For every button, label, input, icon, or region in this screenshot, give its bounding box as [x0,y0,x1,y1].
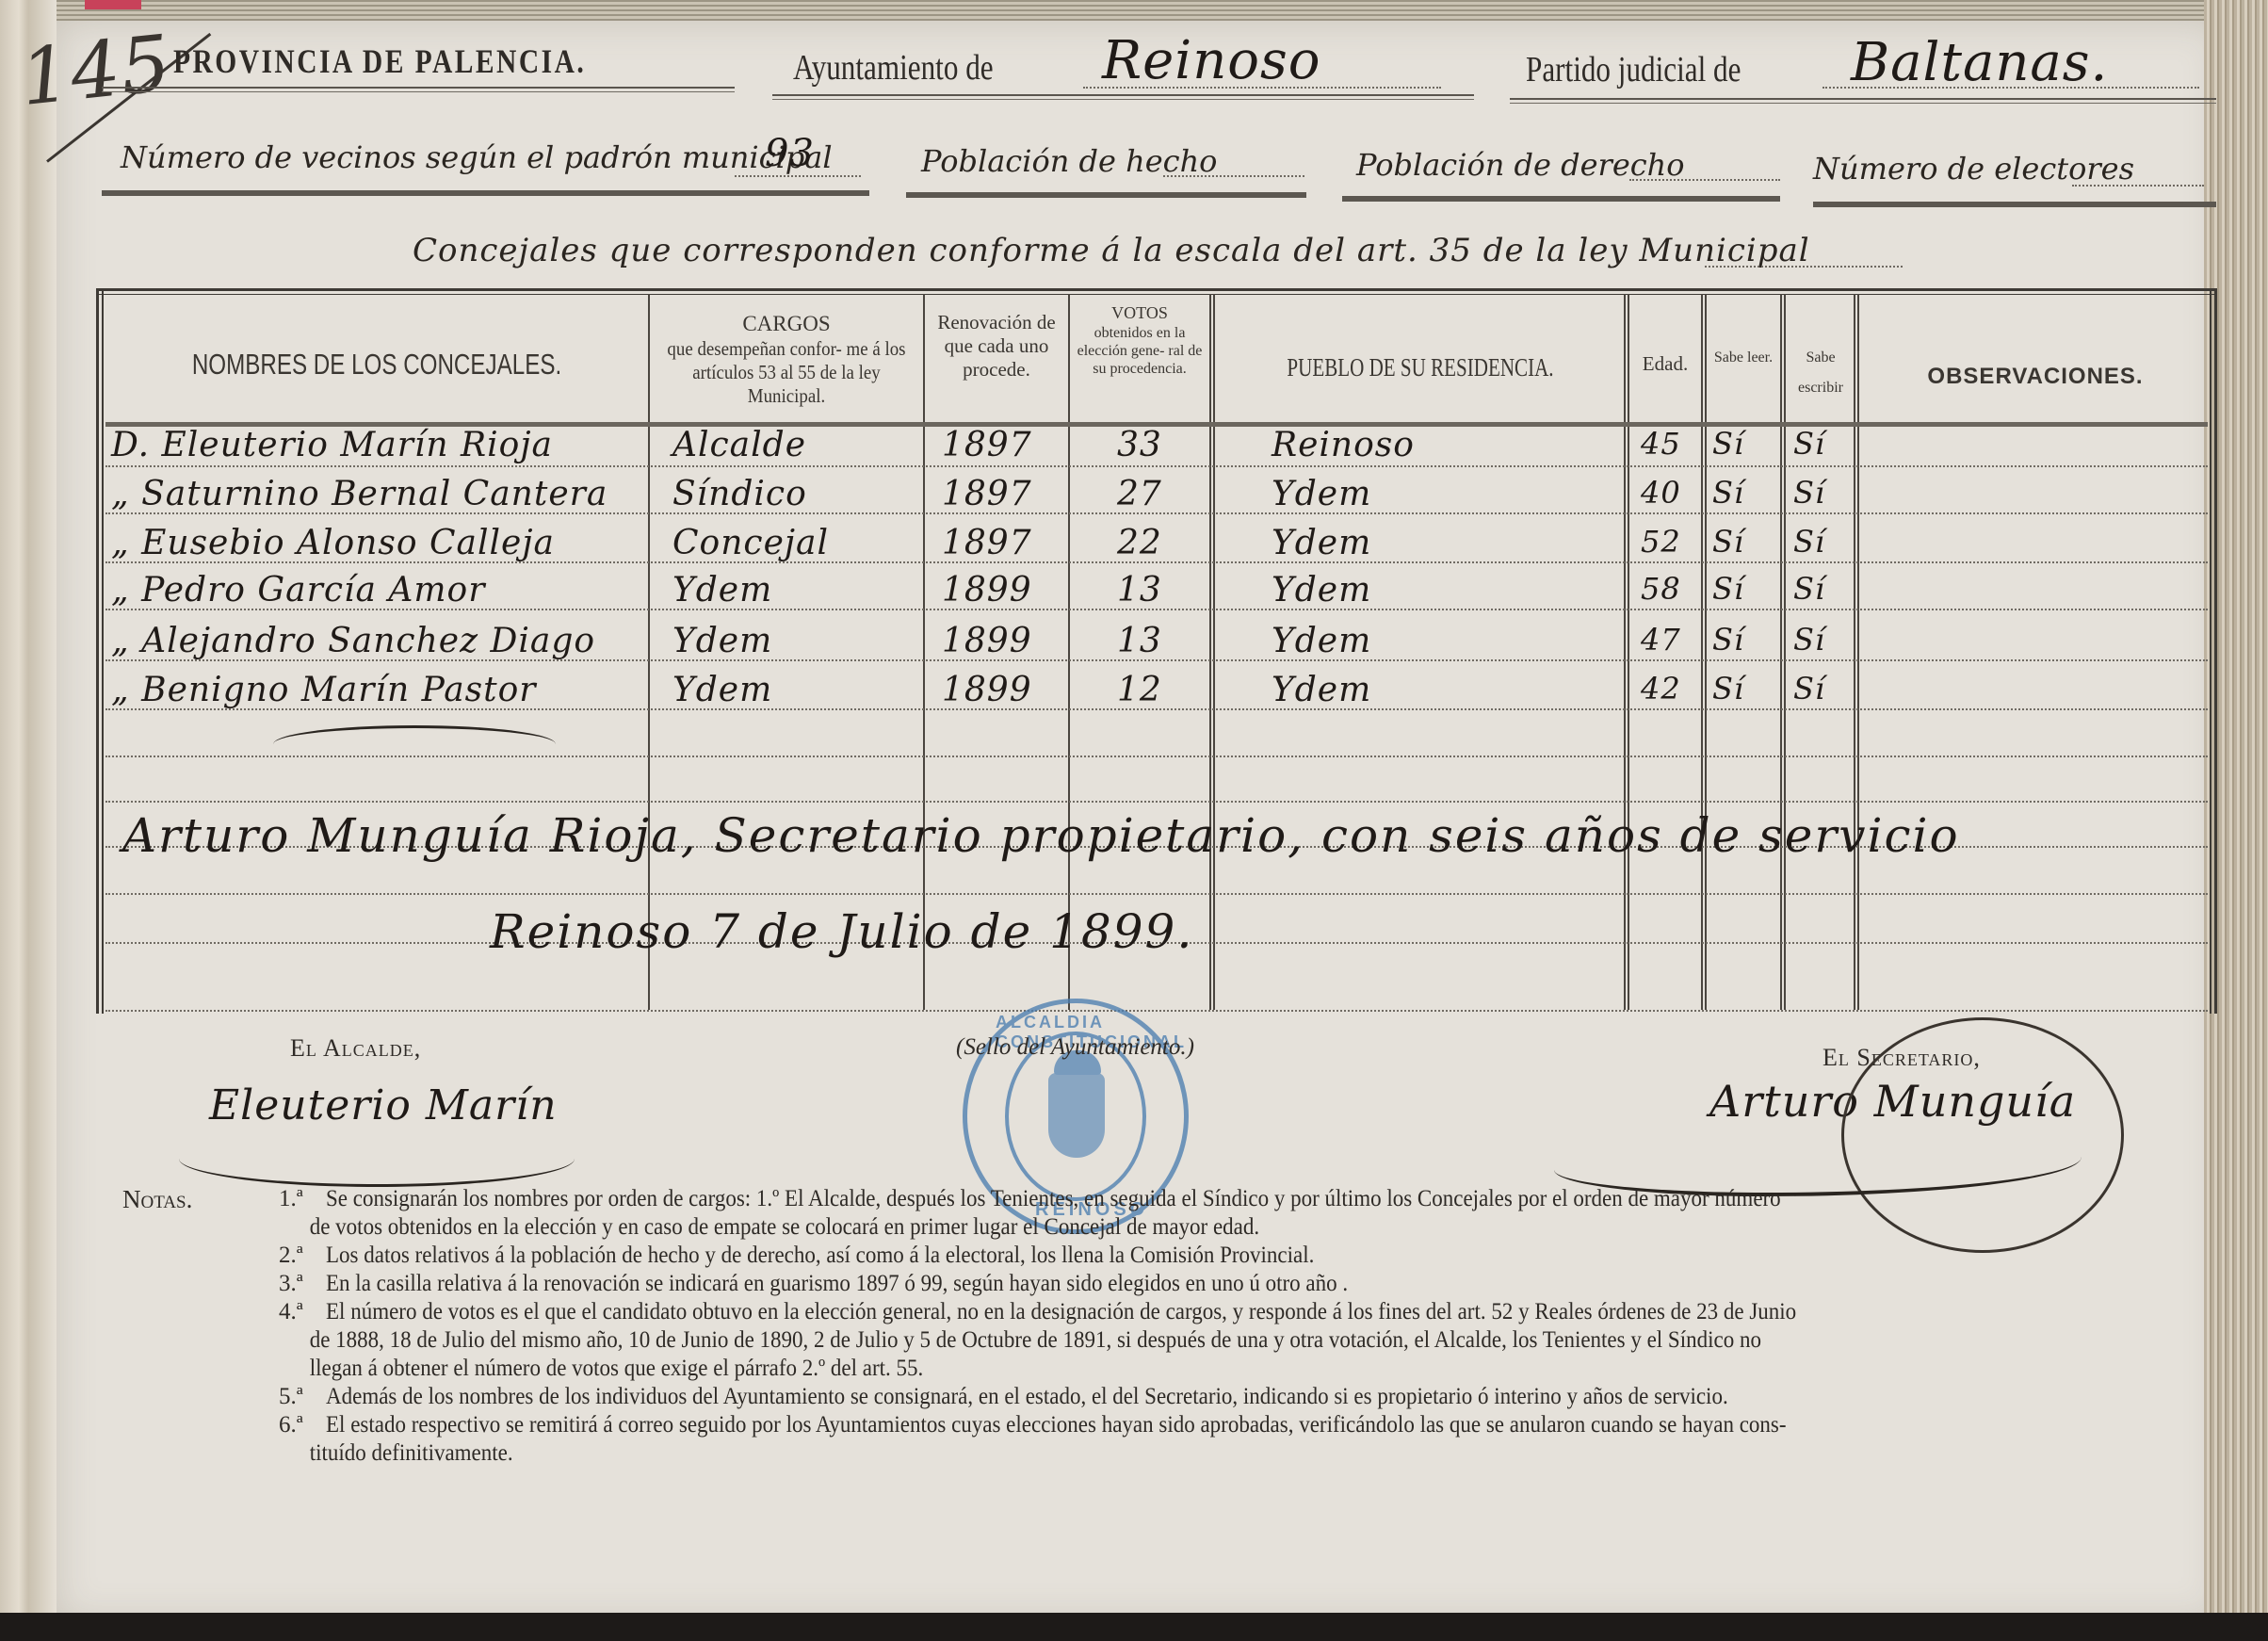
header-votos-title: VOTOS [1072,303,1207,324]
note-text: El número de votos es el que el candidat… [326,1298,2071,1326]
table-row: „ Eusebio Alonso Calleja [111,524,555,562]
table-right-border [2210,288,2217,1014]
header-sabe-leer: Sabe leer. [1709,343,1778,373]
ayuntamiento-dots [1083,87,1441,89]
secretary-note: Arturo Munguía Rioja, Secretario propiet… [122,808,1960,863]
stats-rule [906,192,1306,198]
row-cargo: Síndico [672,475,807,513]
row-leer: Sí [1712,475,1744,511]
row-cargo: Ydem [672,671,772,709]
note-item: 2.ª Los datos relativos á la población d… [122,1242,2223,1270]
concejales-escala-field[interactable] [1705,266,1903,268]
poblacion-hecho-label: Población de hecho [921,143,1217,179]
row-votos: 12 [1117,671,1162,709]
table-top-border [98,288,2217,291]
ayuntamiento-value: Reinoso [1102,30,1320,91]
row-edad: 40 [1641,475,1681,511]
vecinos-label: Número de vecinos según el padrón munici… [121,139,833,175]
bookmark-ribbon [85,0,141,9]
row-votos: 22 [1117,524,1162,562]
note-text-cont: de votos obtenidos en la elección y en c… [122,1213,2055,1242]
row-cargo: Alcalde [672,426,806,464]
note-text-cont: llegan á obtener el número de votos que … [122,1355,2055,1383]
row-nombre: Benigno Marín Pastor [141,671,536,709]
note-number: 5.ª [279,1383,326,1411]
note-label-spacer [122,1383,279,1411]
row-escribir: Sí [1793,475,1825,511]
row-escribir: Sí [1793,524,1825,560]
header-renovacion: Renovación de que cada uno procede. [927,311,1066,382]
note-item: 4.ª El número de votos es el que el cand… [122,1298,2223,1326]
note-item: 3.ª En la casilla relativa á la renovaci… [122,1270,2223,1298]
note-number: 1.ª [279,1185,326,1213]
note-text: Además de los nombres de los individuos … [326,1383,2071,1411]
row-line [105,1010,2208,1012]
row-prefix: „ [111,622,130,660]
note-label-spacer [122,1270,279,1298]
row-renovacion: 1899 [942,622,1032,660]
table-left-border [96,288,104,1014]
row-nombre: Eusebio Alonso Calleja [141,524,555,562]
book-bottom-edge [0,1613,2268,1641]
partido-dots [1822,87,2199,89]
row-nombre: Pedro García Amor [141,571,485,609]
partido-value: Baltanas. [1851,32,2108,93]
row-prefix: „ [111,524,130,562]
electores-label: Número de electores [1813,151,2134,187]
row-edad: 42 [1641,671,1681,707]
header-sabe-escribir: Sabe escribir [1788,343,1854,403]
note-label-spacer [122,1242,279,1270]
row-escribir: Sí [1793,622,1825,658]
row-line [105,465,2208,467]
table-row: „ Benigno Marín Pastor [111,671,536,709]
notes-label: Notas. [122,1185,279,1213]
row-pueblo: Reinoso [1272,426,1415,464]
row-cargo: Ydem [672,571,772,609]
row-pueblo: Ydem [1272,475,1371,513]
header-observaciones: OBSERVACIONES. [1861,364,2210,391]
row-nombre: Saturnino Bernal Cantera [141,475,607,513]
row-votos: 33 [1117,426,1162,464]
col-divider [1854,294,1859,1010]
row-pueblo: Ydem [1272,671,1371,709]
header-votos-sub: obtenidos en la elección gene- ral de su… [1072,324,1207,379]
col-divider [1209,294,1215,1010]
note-text: En la casilla relativa á la renovación s… [326,1270,2071,1298]
note-text: El estado respectivo se remitirá á corre… [326,1411,2071,1439]
row-leer: Sí [1712,571,1744,607]
header-rule [772,94,1474,100]
stats-rule [1342,196,1780,202]
col-divider [1701,294,1707,1010]
header-pueblo: PUEBLO DE SU RESIDENCIA. [1263,352,1578,382]
note-text-cont: tituído definitivamente. [122,1439,2055,1468]
row-prefix: „ [111,671,130,709]
table-top-border-inner [98,294,2217,295]
poblacion-hecho-field[interactable] [1163,175,1304,177]
header-nombres: NOMBRES DE LOS CONCEJALES. [171,347,583,382]
row-prefix: „ [111,571,130,609]
vecinos-value: 93 [765,132,815,175]
row-leer: Sí [1712,671,1744,707]
note-text: Los datos relativos á la población de he… [326,1242,2071,1270]
sello-label: (Sello del Ayuntamiento.) [956,1034,1194,1061]
row-line [105,893,2208,895]
row-renovacion: 1897 [942,524,1032,562]
electores-field[interactable] [2072,185,2204,187]
row-cargo: Ydem [672,622,772,660]
alcalde-rubrica [179,1130,575,1187]
alcalde-signature: Eleuterio Marín [209,1081,558,1129]
row-renovacion: 1899 [942,571,1032,609]
table-row: „ Alejandro Sanchez Diago [111,622,595,660]
row-line [105,801,2208,803]
row-prefix: D. [111,426,150,464]
table-row: D. Eleuterio Marín Rioja [111,426,553,464]
note-item: 6.ª El estado respectivo se remitirá á c… [122,1411,2223,1439]
row-votos: 13 [1117,571,1162,609]
row-nombre: Alejandro Sanchez Diago [141,622,595,660]
note-item: Notas. 1.ª Se consignarán los nombres po… [122,1185,2223,1213]
note-item: 5.ª Además de los nombres de los individ… [122,1383,2223,1411]
table-row: „ Pedro García Amor [111,571,485,609]
row-edad: 47 [1641,622,1681,658]
note-number: 4.ª [279,1298,326,1326]
row-edad: 45 [1641,426,1681,462]
col-divider [923,294,925,1010]
row-cargo: Concejal [672,524,829,562]
poblacion-derecho-field[interactable] [1629,179,1780,181]
row-renovacion: 1897 [942,426,1032,464]
header-rule [102,87,735,92]
row-renovacion: 1897 [942,475,1032,513]
row-escribir: Sí [1793,671,1825,707]
note-number: 3.ª [279,1270,326,1298]
note-text: Se consignarán los nombres por orden de … [326,1185,2071,1213]
col-divider [648,294,650,1010]
stats-rule [1813,202,2216,207]
col-divider [1780,294,1786,1010]
row-edad: 58 [1641,571,1681,607]
header-cargos-sub: que desempeñan confor- me á los artículo… [665,337,907,409]
provincia-title: PROVINCIA DE PALENCIA. [173,41,586,81]
row-votos: 27 [1117,475,1162,513]
header-cargos: CARGOS que desempeñan confor- me á los a… [652,311,921,408]
row-escribir: Sí [1793,571,1825,607]
ayuntamiento-label: Ayuntamiento de [793,47,994,89]
row-pueblo: Ydem [1272,622,1371,660]
row-prefix: „ [111,475,130,513]
row-leer: Sí [1712,524,1744,560]
stats-rule [102,190,869,196]
row-votos: 13 [1117,622,1162,660]
header-edad: Edad. [1631,352,1699,376]
closing-flourish [273,725,556,763]
concejales-escala-label: Concejales que corresponden conforme á l… [413,232,1810,269]
row-nombre: Eleuterio Marín Rioja [161,426,553,464]
note-label-spacer [122,1298,279,1326]
row-edad: 52 [1641,524,1681,560]
poblacion-derecho-label: Población de derecho [1356,147,1685,183]
vecinos-dots [735,175,861,177]
header-cargos-title: CARGOS [652,311,921,337]
header-rule [1510,98,2216,104]
col-divider [1624,294,1629,1010]
folio-number: 145 [16,19,175,123]
note-number: 2.ª [279,1242,326,1270]
row-leer: Sí [1712,622,1744,658]
row-renovacion: 1899 [942,671,1032,709]
note-number: 6.ª [279,1411,326,1439]
alcalde-label: El Alcalde, [290,1034,421,1063]
header-votos: VOTOS obtenidos en la elección gene- ral… [1072,303,1207,378]
table-row: „ Saturnino Bernal Cantera [111,475,607,513]
row-escribir: Sí [1793,426,1825,462]
row-leer: Sí [1712,426,1744,462]
partido-label: Partido judicial de [1526,49,1741,90]
coat-of-arms-icon [1048,1073,1105,1158]
note-text-cont: de 1888, 18 de Julio del mismo año, 10 d… [122,1326,2055,1355]
place-date: Reinoso 7 de Julio de 1899. [490,904,1193,959]
row-pueblo: Ydem [1272,524,1371,562]
col-divider [1068,294,1070,1010]
row-pueblo: Ydem [1272,571,1371,609]
notes-section: Notas. 1.ª Se consignarán los nombres po… [122,1185,2223,1468]
note-label-spacer [122,1411,279,1439]
